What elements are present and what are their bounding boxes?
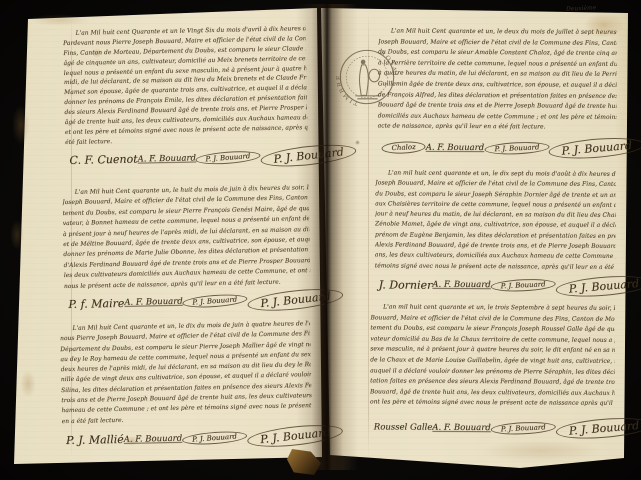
act-text: L'an mil huit cent quarante et un, le di…: [375, 168, 624, 272]
manuscript-line: acte de naissance, après qu'il leur en a…: [378, 122, 617, 134]
signature: Chaloz: [381, 140, 426, 154]
signature: A. F. Bouuard: [432, 280, 490, 290]
birth-act: L'an mil huit cent quarante et un, le tr…: [370, 302, 623, 443]
signature: P. J. Bouuard: [555, 273, 641, 300]
signature-row: ChalozA. F. BouuardP. J. BouuardP. J. Bo…: [377, 134, 623, 162]
manuscript-line: ont les père et témoins signé avec nous …: [370, 398, 615, 410]
signature: P. J. Bouuard: [490, 278, 555, 293]
signature-row: Roussel GalleA. F. BouuardP. J. BouuardP…: [370, 412, 622, 444]
signature: J. Dornier: [379, 278, 433, 291]
manuscript-line: témoins signé avec nous le présent acte …: [375, 261, 616, 273]
signature: P. J. Bouuard: [555, 415, 641, 442]
birth-act: L'an Mil huit Cent quarante et un, le de…: [377, 26, 624, 161]
signature: P. J. Bouuard: [490, 421, 555, 436]
signature: P. J. Bouuard: [484, 141, 549, 156]
signature: A. F. Bouuard: [426, 143, 484, 153]
act-text: L'an mil huit cent quarante et un, le tr…: [370, 302, 623, 409]
signature: A. F. Bouuard: [432, 423, 490, 433]
signature-row: J. DornierA. F. BouuardP. J. BouuardP. J…: [375, 273, 623, 298]
scanned-register-spread: ROYAL TIMBRE Deuxième L'an Mil huit cent…: [0, 0, 641, 480]
birth-act: L'an mil huit cent quarante et un, le di…: [375, 168, 624, 297]
right-page-content: L'an Mil huit Cent quarante et un, le de…: [0, 0, 641, 480]
signature: P. J. Bouuard: [548, 135, 641, 162]
act-text: L'an Mil huit Cent quarante et un, le de…: [378, 26, 625, 133]
signature: Roussel Galle: [374, 422, 433, 432]
